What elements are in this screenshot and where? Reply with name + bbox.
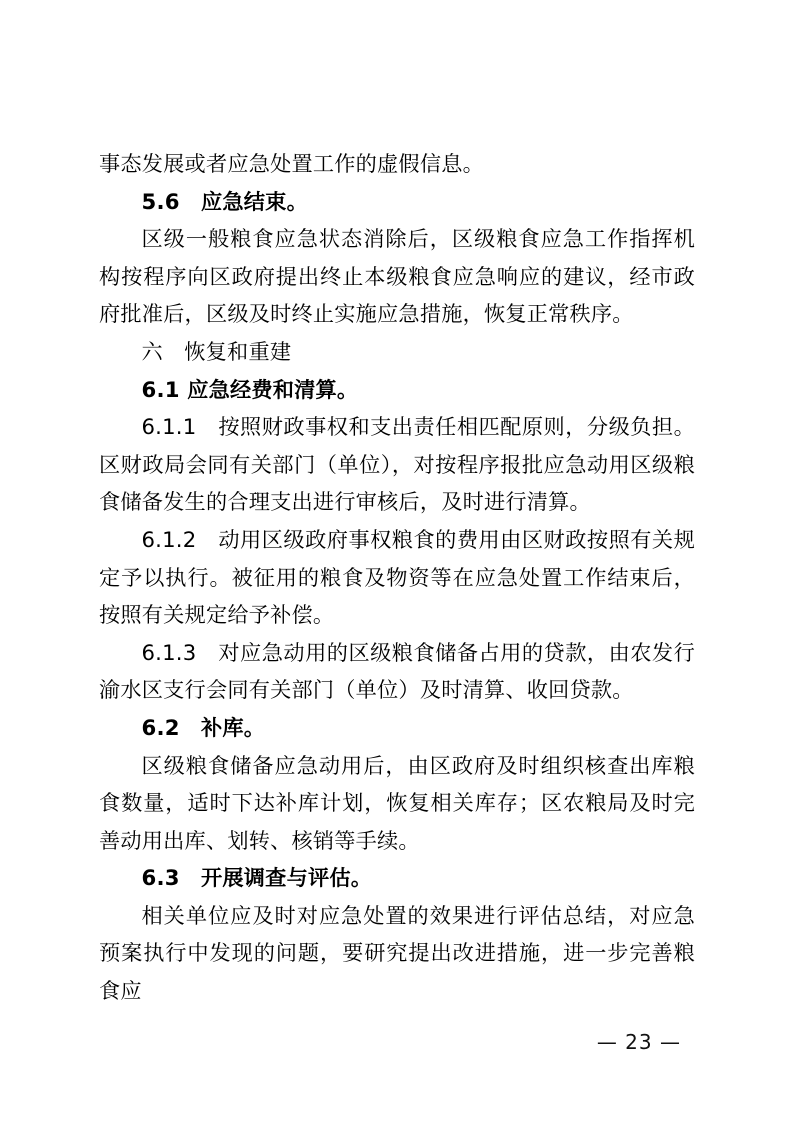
document-content: 事态发展或者应急处置工作的虚假信息。5.6 应急结束。区级一般粮食应急状态消除后… bbox=[99, 145, 695, 1010]
paragraph-continuation: 事态发展或者应急处置工作的虚假信息。 bbox=[99, 145, 695, 183]
section-heading: 6.2 补库。 bbox=[99, 709, 695, 747]
section-heading: 6.1 应急经费和清算。 bbox=[99, 371, 695, 409]
paragraph: 6.1.1 按照财政事权和支出责任相匹配原则，分级负担。区财政局会同有关部门（单… bbox=[99, 408, 695, 521]
page-number: — 23 — bbox=[597, 1031, 681, 1053]
paragraph: 6.1.3 对应急动用的区级粮食储备占用的贷款，由农发行渝水区支行会同有关部门（… bbox=[99, 634, 695, 709]
paragraph: 6.1.2 动用区级政府事权粮食的费用由区财政按照有关规定予以执行。被征用的粮食… bbox=[99, 521, 695, 634]
paragraph: 区级一般粮食应急状态消除后，区级粮食应急工作指挥机构按程序向区政府提出终止本级粮… bbox=[99, 220, 695, 333]
paragraph: 区级粮食储备应急动用后，由区政府及时组织核查出库粮食数量，适时下达补库计划，恢复… bbox=[99, 747, 695, 860]
section-heading: 5.6 应急结束。 bbox=[99, 183, 695, 221]
section-heading: 6.3 开展调查与评估。 bbox=[99, 859, 695, 897]
paragraph: 相关单位应及时对应急处置的效果进行评估总结，对应急预案执行中发现的问题，要研究提… bbox=[99, 897, 695, 1010]
document-page: 事态发展或者应急处置工作的虚假信息。5.6 应急结束。区级一般粮食应急状态消除后… bbox=[0, 0, 793, 1122]
chapter-heading: 六 恢复和重建 bbox=[99, 333, 695, 371]
